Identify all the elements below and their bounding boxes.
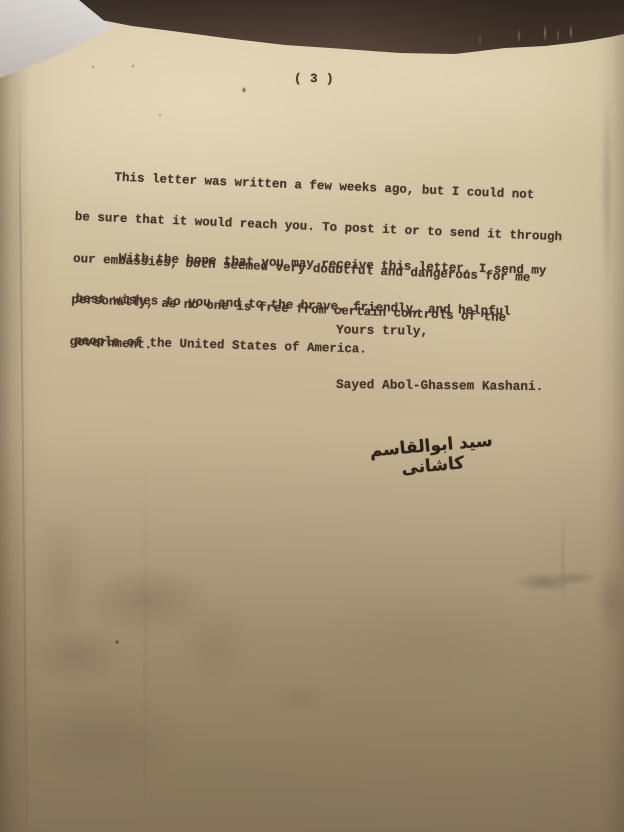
typed-line: This letter was written a few weeks ago,… [76, 170, 564, 204]
right-edge-shading [598, 30, 624, 832]
typed-line: people of the United States of America. [74, 334, 544, 362]
photographed-letter-page: ( 3 ) This letter was written a few week… [0, 0, 624, 832]
paper-stains [0, 0, 624, 832]
closing-salutation: Yours truly, [336, 322, 428, 339]
typed-signature-name: Sayed Abol-Ghassem Kashani. [336, 377, 543, 394]
typed-line: best wishes to you and to the brave, fri… [76, 292, 546, 320]
page-number: ( 3 ) [294, 72, 334, 86]
paragraph-2: With the hope that you may receive this … [73, 222, 547, 390]
typed-line: With the hope that you may receive this … [77, 250, 547, 278]
